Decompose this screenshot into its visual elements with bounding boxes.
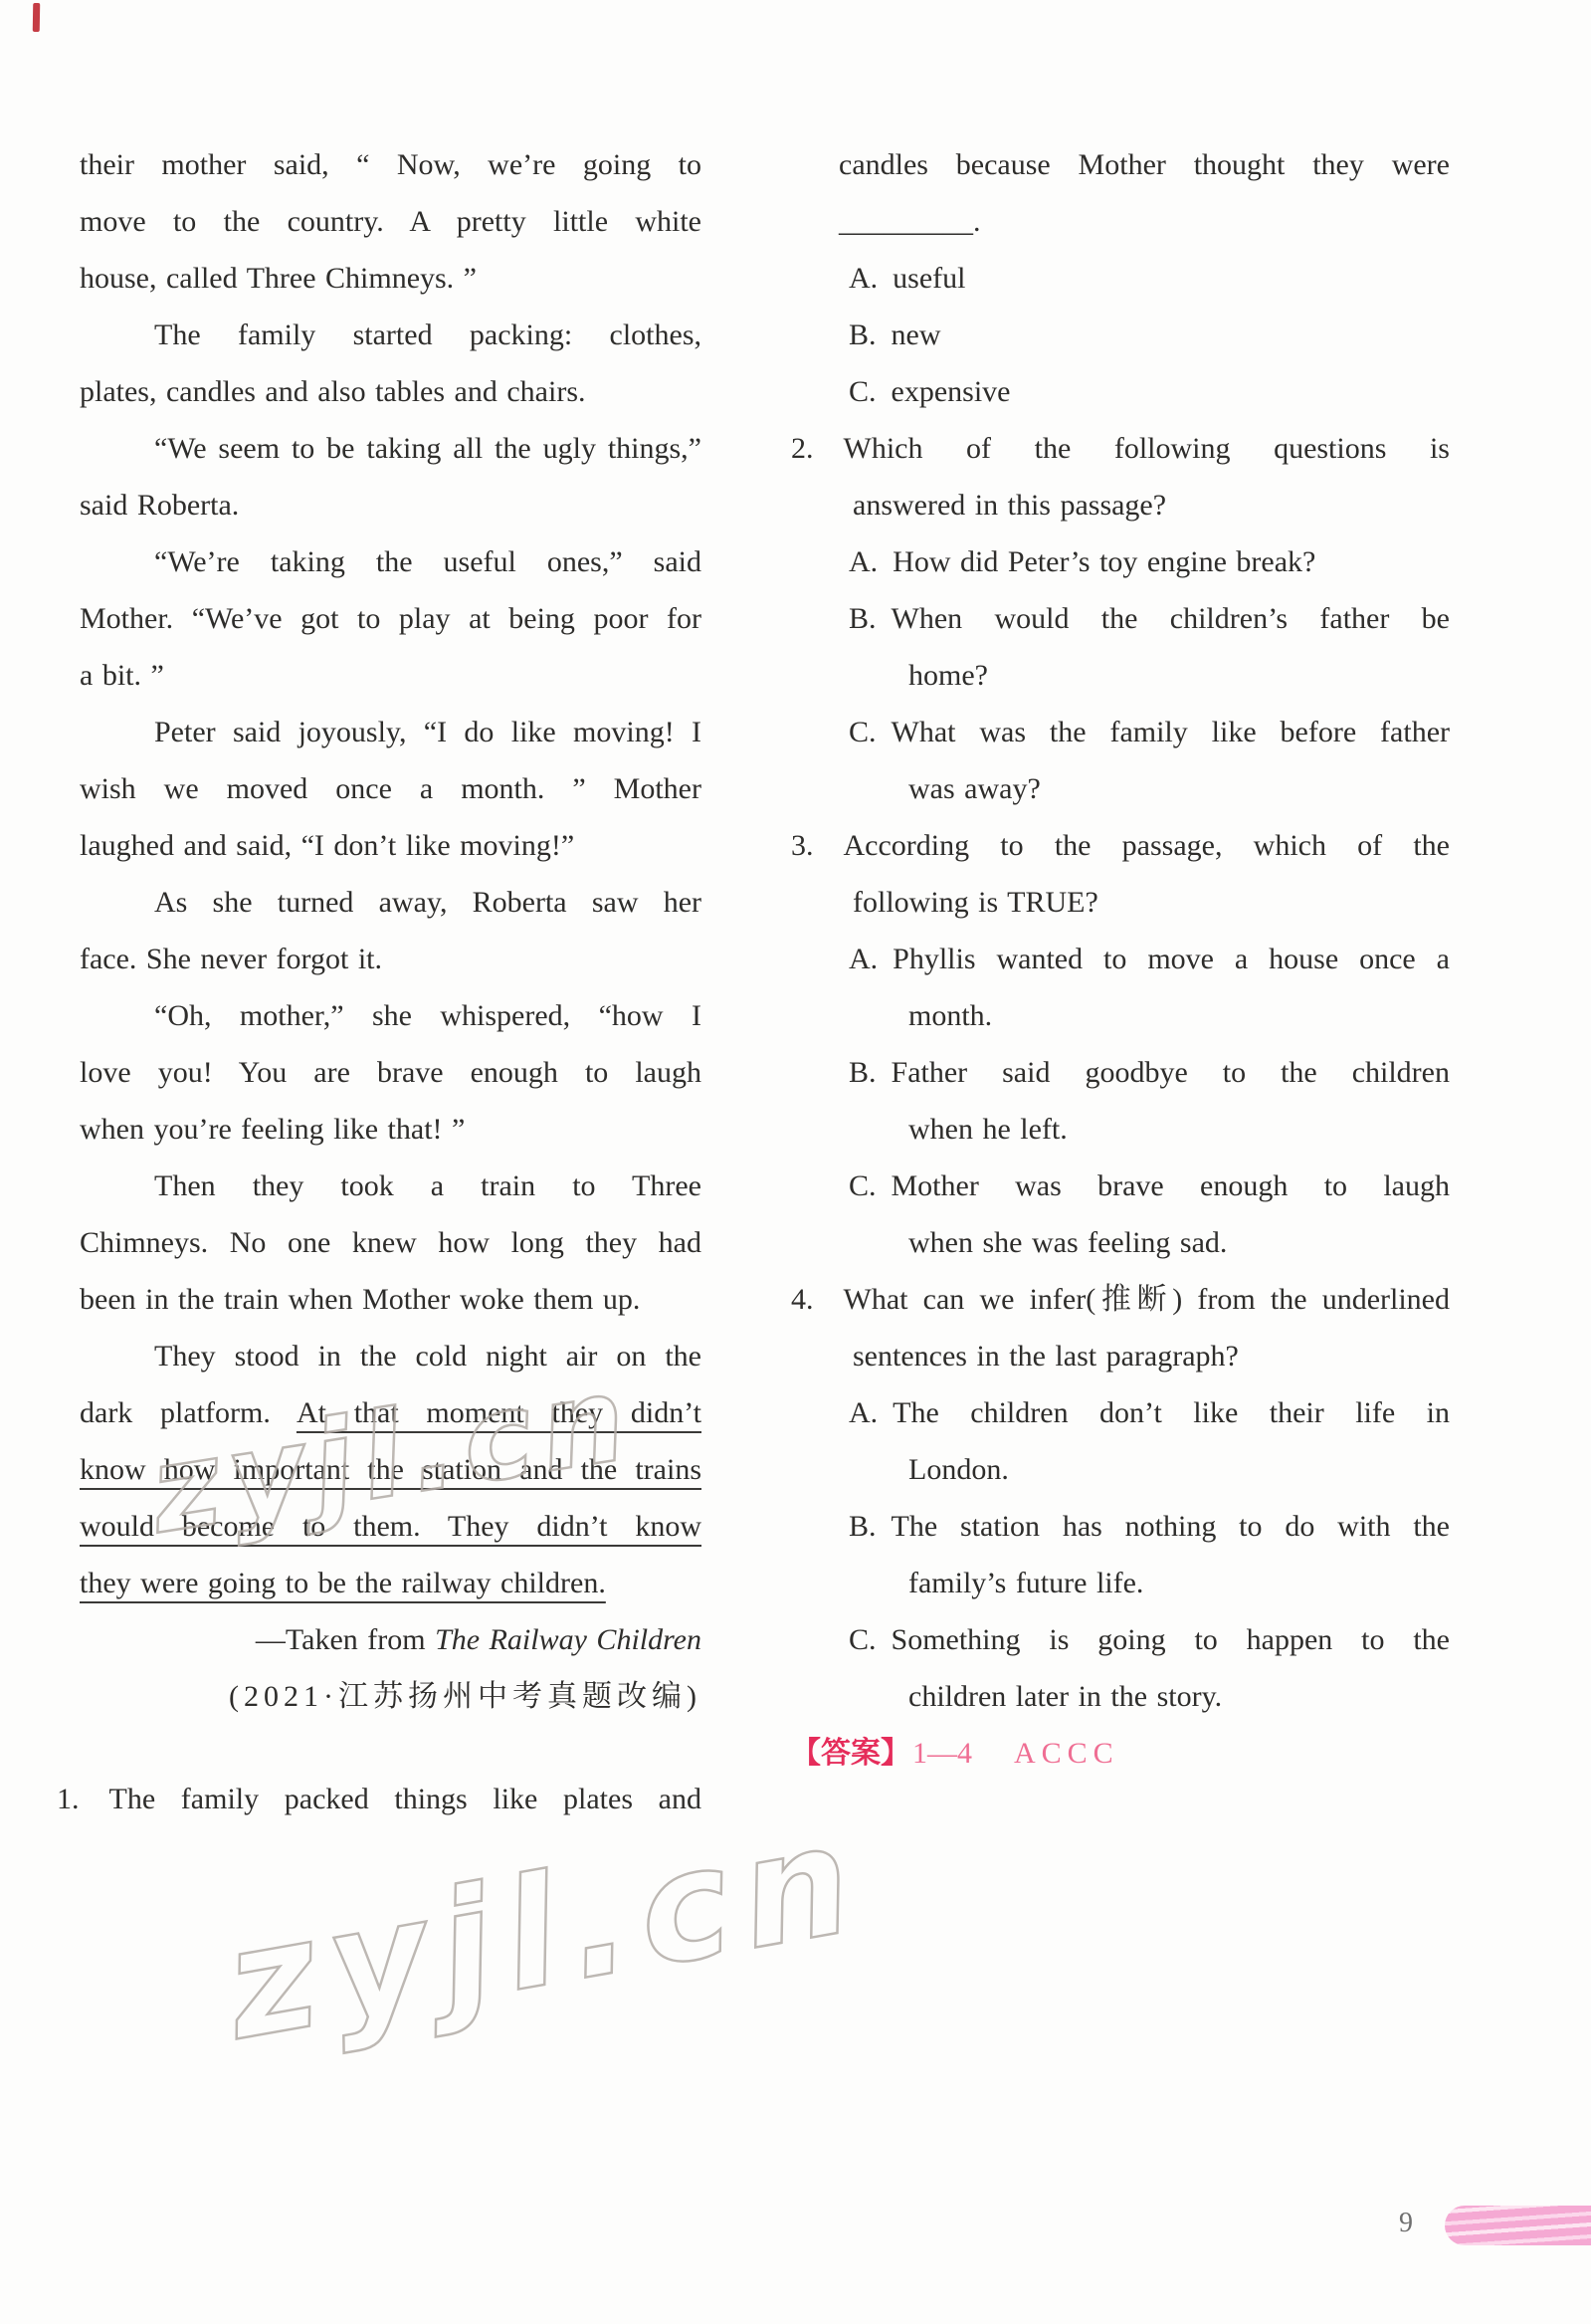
passage-line: move to the country. A pretty little whi…	[57, 193, 701, 250]
question-line: 2. Which of the following questions is	[791, 420, 1450, 477]
question-line: children later in the story.	[791, 1668, 1450, 1725]
passage-line: “We’re taking the useful ones,” said	[57, 533, 701, 590]
question-line: home?	[791, 647, 1450, 704]
passage-line: Chimneys. No one knew how long they had	[57, 1214, 701, 1271]
red-scan-mark	[33, 3, 41, 32]
question-line: sentences in the last paragraph?	[791, 1328, 1450, 1384]
passage-line: their mother said, “ Now, we’re going to	[57, 136, 701, 193]
passage-line: dark platform. At that moment they didn’…	[57, 1384, 701, 1441]
passage-line: a bit. ”	[57, 647, 701, 704]
question-line: candles because Mother thought they were	[791, 136, 1450, 193]
question-line: family’s future life.	[791, 1555, 1450, 1611]
passage-line: love you! You are brave enough to laugh	[57, 1044, 701, 1101]
question-line: 4. What can we infer(推断) from the underl…	[791, 1271, 1450, 1328]
questions-column: candles because Mother thought they were…	[791, 136, 1450, 1782]
question-line: _________.	[791, 193, 1450, 250]
passage-line: The family started packing: clothes,	[57, 307, 701, 363]
passage-line: (2021·江苏扬州中考真题改编)	[57, 1668, 701, 1725]
question-line: was away?	[791, 760, 1450, 817]
question-line: B. new	[791, 307, 1450, 363]
passage-line: know how important the station and the t…	[57, 1441, 701, 1498]
question-line: C. What was the family like before fathe…	[791, 704, 1450, 760]
question-line: 3. According to the passage, which of th…	[791, 817, 1450, 874]
passage-column: their mother said, “ Now, we’re going to…	[57, 136, 701, 1827]
question-line: B. When would the children’s father be	[791, 590, 1450, 647]
passage-line: plates, candles and also tables and chai…	[57, 363, 701, 420]
answer-range: 1—4	[912, 1737, 972, 1770]
question-line: month.	[791, 987, 1450, 1044]
question-line: A. The children don’t like their life in	[791, 1384, 1450, 1441]
passage-line: “We seem to be taking all the ugly thing…	[57, 420, 701, 477]
passage-line: “Oh, mother,” she whispered, “how I	[57, 987, 701, 1044]
passage-line: face. She never forgot it.	[57, 931, 701, 987]
question-line: A. How did Peter’s toy engine break?	[791, 533, 1450, 590]
question-line: C. Something is going to happen to the	[791, 1611, 1450, 1668]
answer-label: 【答案】	[791, 1737, 910, 1770]
question-line: answered in this passage?	[791, 477, 1450, 533]
question-line: C. expensive	[791, 363, 1450, 420]
passage-line: Mother. “We’ve got to play at being poor…	[57, 590, 701, 647]
passage-line: Then they took a train to Three	[57, 1158, 701, 1214]
answer-line: 【答案】1—4ACCC	[791, 1725, 1450, 1782]
passage-line: laughed and said, “I don’t like moving!”	[57, 817, 701, 874]
passage-line: 1. The family packed things like plates …	[57, 1771, 701, 1827]
passage-line: wish we moved once a month. ” Mother	[57, 760, 701, 817]
passage-line: said Roberta.	[57, 477, 701, 533]
passage-lines: their mother said, “ Now, we’re going to…	[57, 136, 701, 1827]
passage-line: been in the train when Mother woke them …	[57, 1271, 701, 1328]
passage-line: house, called Three Chimneys. ”	[57, 250, 701, 307]
passage-line: when you’re feeling like that! ”	[57, 1101, 701, 1158]
question-line: when he left.	[791, 1101, 1450, 1158]
question-line: B. Father said goodbye to the children	[791, 1044, 1450, 1101]
question-line: London.	[791, 1441, 1450, 1498]
passage-line: —Taken from The Railway Children	[57, 1611, 701, 1668]
page-number: 9	[1399, 2208, 1413, 2239]
question-line: C. Mother was brave enough to laugh	[791, 1158, 1450, 1214]
passage-line: They stood in the cold night air on the	[57, 1328, 701, 1384]
question-line: B. The station has nothing to do with th…	[791, 1498, 1450, 1555]
page-ribbon-decoration	[1445, 2206, 1591, 2245]
question-lines: candles because Mother thought they were…	[791, 136, 1450, 1725]
passage-line: they were going to be the railway childr…	[57, 1555, 701, 1611]
passage-line: Peter said joyously, “I do like moving! …	[57, 704, 701, 760]
passage-line: As she turned away, Roberta saw her	[57, 874, 701, 931]
question-line: A. useful	[791, 250, 1450, 307]
passage-line: would become to them. They didn’t know	[57, 1498, 701, 1555]
answer-letters: ACCC	[1014, 1737, 1119, 1770]
question-line: when she was feeling sad.	[791, 1214, 1450, 1271]
question-line: A. Phyllis wanted to move a house once a	[791, 931, 1450, 987]
question-line: following is TRUE?	[791, 874, 1450, 931]
